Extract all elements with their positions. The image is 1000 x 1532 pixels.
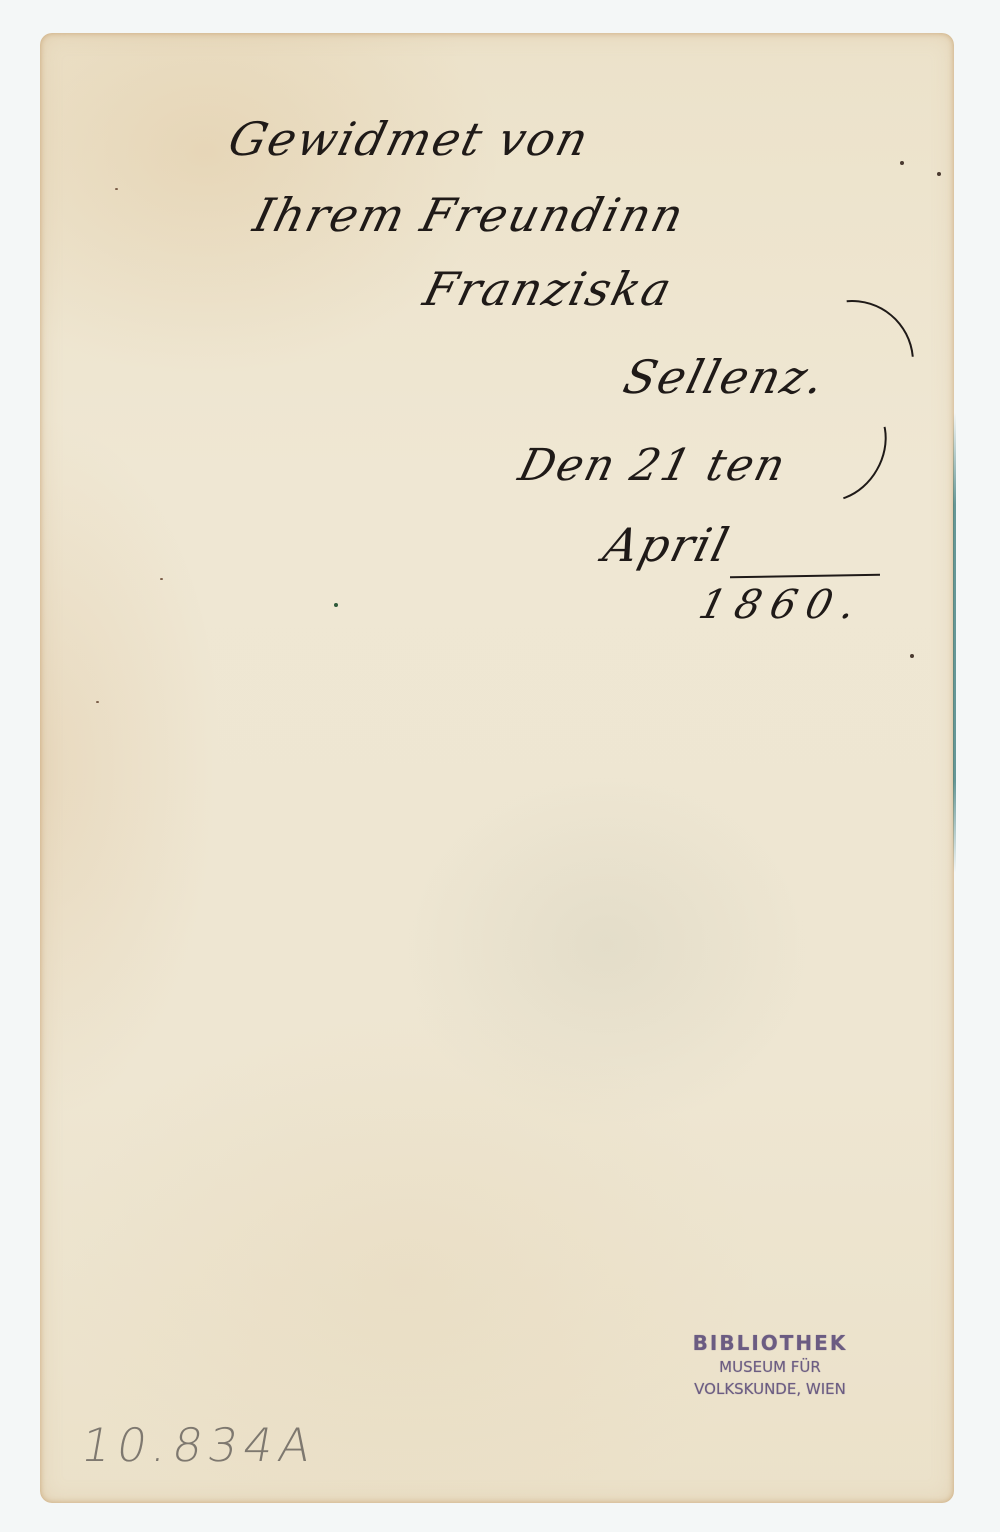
ink-speck	[910, 654, 914, 658]
inscription-line-7: 1860.	[694, 582, 870, 628]
ink-speck	[115, 188, 118, 190]
inventory-number: 10.834A	[77, 1418, 321, 1472]
inscription-line-3: Franziska	[418, 262, 678, 316]
stamp-line-3: VOLKSKUNDE, WIEN	[670, 1378, 870, 1400]
inscription-line-1: Gewidmet von	[223, 112, 595, 166]
ink-speck	[900, 161, 904, 165]
inscription-line-2: Ihrem Freundinn	[248, 188, 691, 242]
ink-speck	[96, 701, 99, 703]
library-stamp: BIBLIOTHEK MUSEUM FÜR VOLKSKUNDE, WIEN	[670, 1330, 870, 1400]
ink-speck	[160, 578, 163, 580]
photo-card-back	[40, 33, 954, 1503]
inscription-line-6: April	[598, 518, 736, 572]
ink-speck	[937, 172, 941, 176]
inscription-line-5: Den 21 ten	[514, 440, 792, 491]
stamp-line-2: MUSEUM FÜR	[670, 1356, 870, 1378]
stamp-line-1: BIBLIOTHEK	[670, 1330, 870, 1356]
ink-speck	[334, 603, 338, 607]
